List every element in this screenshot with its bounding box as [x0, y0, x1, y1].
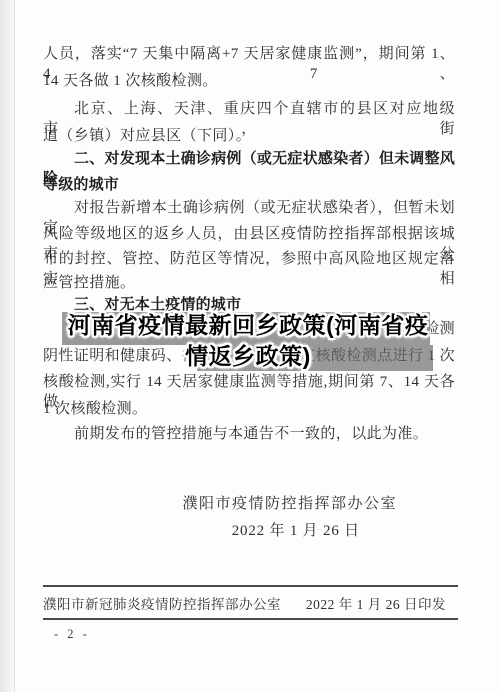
body-line: 前期发布的管控措施与本通告不一致的，以此为准。 — [43, 424, 455, 445]
body-line: 核酸检测,实行 14 天居家健康监测等措施,期间第 7、14 天各做 — [43, 372, 455, 393]
body-line: 北京、上海、天津、重庆四个直辖市的县区对应地级市，街 — [43, 99, 455, 120]
watermark-title-line1: 河南省疫情最新回乡政策(河南省疫 — [66, 310, 430, 341]
body-line: 应管控措施。 — [43, 273, 455, 294]
body-line: 人员，落实“7 天集中隔离+7 天居家健康监测”，期间第 1、4、7、 — [43, 44, 455, 65]
page-number: - 2 - — [54, 627, 90, 642]
body-line: 14 天各做 1 次核酸检测。 — [43, 71, 455, 92]
section-heading-2-cont: 等级的城市 — [43, 175, 455, 196]
page-left-edge-shadow — [0, 0, 15, 692]
body-line: 1 次核酸检测。 — [43, 399, 455, 420]
signature-office: 濮阳市疫情防控指挥部办公室 — [43, 492, 397, 513]
body-line: 布的封控、管控、防范区等情况，参照中高风险地区规定落实相 — [43, 249, 455, 270]
footer-issuer: 濮阳市新冠肺炎疫情防控指挥部办公室 — [43, 593, 281, 613]
footer-rule-top — [43, 585, 458, 587]
watermark-title: 河南省疫情最新回乡政策(河南省疫 情返乡政策) — [66, 310, 430, 372]
body-line: 风险等级地区的返乡人员，由县区疫情防控指挥部根据该城市公 — [43, 224, 455, 245]
footer-row: 濮阳市新冠肺炎疫情防控指挥部办公室 2022 年 1 月 26 日印发 — [43, 593, 456, 613]
body-line: 道（乡镇）对应县区（下同）。 — [43, 126, 455, 147]
body-line: 对报告新增本土确诊病例（或无症状感染者），但暂未划定 — [43, 198, 455, 219]
watermark-title-line2: 情返乡政策) — [66, 341, 430, 372]
scanned-document-page: 人员，落实“7 天集中隔离+7 天居家健康监测”，期间第 1、4、7、 14 天… — [0, 0, 500, 692]
section-heading-2: 二、对发现本土确诊病例（或无症状感染者）但未调整风险 — [43, 149, 455, 170]
footer-rule-bottom — [43, 618, 458, 620]
footer-print-date: 2022 年 1 月 26 日印发 — [306, 593, 456, 613]
signature-date: 2022 年 1 月 26 日 — [43, 519, 360, 540]
